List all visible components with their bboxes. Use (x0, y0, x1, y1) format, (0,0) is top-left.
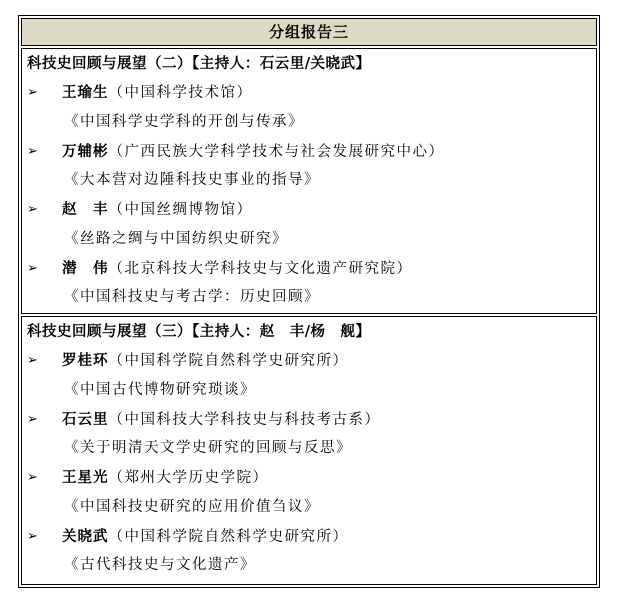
speaker-affiliation: （郑州大学历史学院） (109, 470, 269, 486)
speaker-name: 石云里 (62, 411, 109, 428)
speaker-affiliation: （北京科技大学科技史与文化遗产研究院） (109, 261, 413, 277)
schedule-table: 分组报告三 科技史回顾与展望（二）【主持人：石云里/关晓武】 ➢ 王瑜生（中国科… (18, 15, 600, 588)
arrow-bullet-icon: ➢ (27, 522, 38, 551)
speaker-line: ➢ 潜 伟（北京科技大学科技史与文化遗产研究院） (22, 254, 596, 283)
session-title: 科技史回顾与展望（三）【主持人：赵 丰/杨 舰】 (22, 317, 596, 346)
speaker-line: ➢ 石云里（中国科技大学科技史与科技考古系） (22, 405, 596, 434)
header-title: 分组报告三 (269, 23, 349, 41)
speaker-affiliation: （中国丝绸博物馆） (109, 202, 253, 218)
talk-title: 《丝路之绸与中国纺织史研究》 (22, 225, 596, 254)
speaker-affiliation: （中国科学院自然科学史研究所） (109, 529, 349, 545)
talk-title: 《古代科技史与文化遗产》 (22, 551, 596, 580)
arrow-bullet-icon: ➢ (27, 78, 38, 107)
arrow-bullet-icon: ➢ (27, 137, 38, 166)
talk-title: 《中国科学史学科的开创与传承》 (22, 108, 596, 137)
speaker-affiliation: （中国科学技术馆） (109, 85, 253, 101)
speaker-affiliation: （广西民族大学科学技术与社会发展研究中心） (109, 144, 445, 160)
speaker-line: ➢ 王瑜生（中国科学技术馆） (22, 78, 596, 107)
arrow-bullet-icon: ➢ (27, 195, 38, 224)
speaker-line: ➢ 罗桂环（中国科学院自然科学史研究所） (22, 346, 596, 375)
speaker-line: ➢ 王星光（郑州大学历史学院） (22, 463, 596, 492)
speaker-name: 赵 丰 (62, 201, 109, 218)
talk-title: 《中国古代博物研究琐谈》 (22, 376, 596, 405)
speaker-line: ➢ 万辅彬（广西民族大学科学技术与社会发展研究中心） (22, 137, 596, 166)
speaker-affiliation: （中国科学院自然科学史研究所） (109, 353, 349, 369)
talk-title: 《大本营对边陲科技史事业的指导》 (22, 166, 596, 195)
speaker-name: 罗桂环 (62, 352, 109, 369)
speaker-name: 王瑜生 (62, 84, 109, 101)
arrow-bullet-icon: ➢ (27, 463, 38, 492)
speaker-name: 王星光 (62, 469, 109, 486)
talk-title: 《关于明清天文学史研究的回顾与反思》 (22, 434, 596, 463)
talk-title: 《中国科技史与考古学：历史回顾》 (22, 283, 596, 312)
arrow-bullet-icon: ➢ (27, 346, 38, 375)
speaker-name: 关晓武 (62, 528, 109, 545)
arrow-bullet-icon: ➢ (27, 254, 38, 283)
speaker-affiliation: （中国科技大学科技史与科技考古系） (109, 412, 381, 428)
talk-title: 《中国科技史研究的应用价值刍议》 (22, 493, 596, 522)
table-header: 分组报告三 (21, 18, 597, 46)
speaker-name: 潜 伟 (62, 260, 109, 277)
session-block: 科技史回顾与展望（二）【主持人：石云里/关晓武】 ➢ 王瑜生（中国科学技术馆） … (21, 48, 597, 314)
session-block: 科技史回顾与展望（三）【主持人：赵 丰/杨 舰】 ➢ 罗桂环（中国科学院自然科学… (21, 316, 597, 585)
arrow-bullet-icon: ➢ (27, 405, 38, 434)
speaker-line: ➢ 赵 丰（中国丝绸博物馆） (22, 195, 596, 224)
speaker-line: ➢ 关晓武（中国科学院自然科学史研究所） (22, 522, 596, 551)
speaker-name: 万辅彬 (62, 143, 109, 160)
session-title: 科技史回顾与展望（二）【主持人：石云里/关晓武】 (22, 49, 596, 78)
